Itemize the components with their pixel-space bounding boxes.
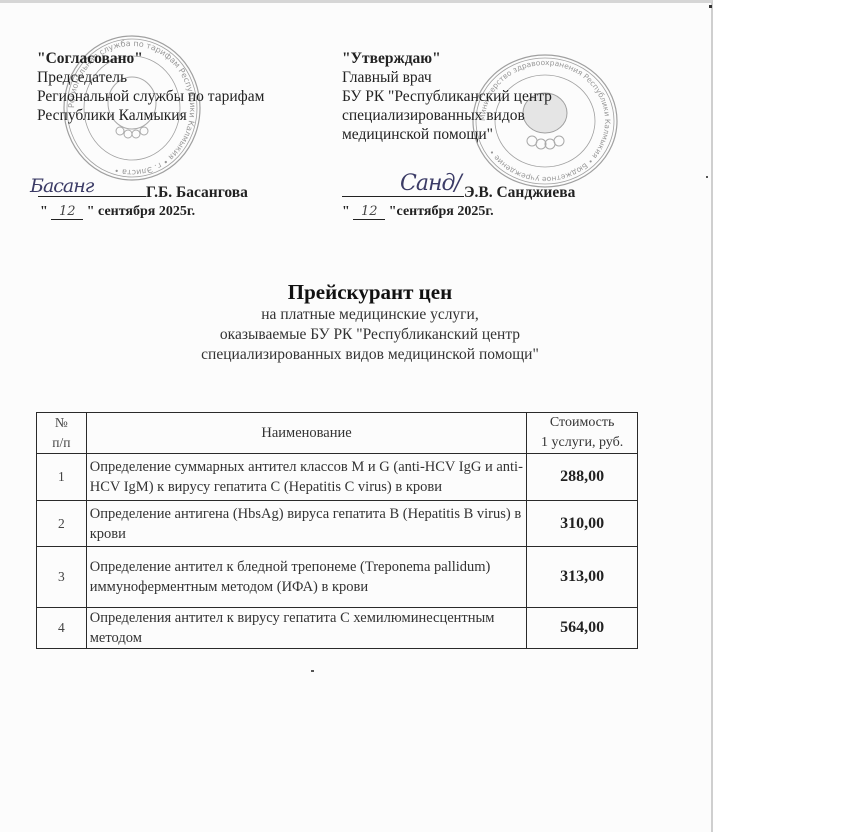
signatory-left-name: Г.Б. Басангова xyxy=(146,184,248,201)
approval-left-line: Председатель xyxy=(37,68,264,87)
approval-right: "Утверждаю" Главный врач БУ РК "Республи… xyxy=(342,49,552,144)
document-subtitle: на платные медицинские услуги, оказываем… xyxy=(120,305,620,365)
row-service-name: Определение антигена (HbsAg) вируса гепа… xyxy=(86,501,527,547)
scan-speck xyxy=(706,176,708,178)
row-number: 4 xyxy=(37,608,87,649)
row-number: 1 xyxy=(37,454,87,501)
approval-right-heading: "Утверждаю" xyxy=(342,49,552,68)
table-header-row: № п/п Наименование Стоимость 1 услуги, р… xyxy=(37,413,638,454)
approval-left: "Согласовано" Председатель Региональной … xyxy=(37,49,264,125)
row-number: 2 xyxy=(37,501,87,547)
approval-left-date: " 12 " сентября 2025г. xyxy=(40,204,195,220)
approval-left-heading: "Согласовано" xyxy=(37,49,264,68)
row-price: 564,00 xyxy=(527,608,638,649)
header-number: № п/п xyxy=(37,413,87,454)
header-name: Наименование xyxy=(86,413,527,454)
approval-right-line: специализированных видов xyxy=(342,106,552,125)
row-price: 288,00 xyxy=(527,454,638,501)
approval-left-line: Республики Калмыкия xyxy=(37,106,264,125)
row-service-name: Определение суммарных антител классов M … xyxy=(86,454,527,501)
table-row: 3 Определение антител к бледной трепонем… xyxy=(37,547,638,608)
table-row: 1 Определение суммарных антител классов … xyxy=(37,454,638,501)
header-price: Стоимость 1 услуги, руб. xyxy=(527,413,638,454)
signatory-left-line: Г.Б. Басангова xyxy=(38,184,248,202)
scan-speck xyxy=(311,670,314,672)
price-table: № п/п Наименование Стоимость 1 услуги, р… xyxy=(36,412,638,649)
approval-right-line: медицинской помощи" xyxy=(342,125,552,144)
row-price: 313,00 xyxy=(527,547,638,608)
table-row: 2 Определение антигена (HbsAg) вируса ге… xyxy=(37,501,638,547)
date-day-left: 12 xyxy=(51,204,83,220)
approval-right-line: БУ РК "Республиканский центр xyxy=(342,87,552,106)
signatory-right-name: Э.В. Санджиева xyxy=(464,184,575,201)
approval-right-line: Главный врач xyxy=(342,68,552,87)
scan-mark xyxy=(709,5,712,8)
document-title: Прейскурант цен xyxy=(180,280,560,305)
row-price: 310,00 xyxy=(527,501,638,547)
signatory-right-line: Э.В. Санджиева xyxy=(342,184,575,202)
approval-right-date: " 12 "сентября 2025г. xyxy=(342,204,494,220)
row-service-name: Определение антител к бледной трепонеме … xyxy=(86,547,527,608)
approval-left-line: Региональной службы по тарифам xyxy=(37,87,264,106)
table-row: 4 Определения антител к вирусу гепатита … xyxy=(37,608,638,649)
date-day-right: 12 xyxy=(353,204,385,220)
row-number: 3 xyxy=(37,547,87,608)
scanned-document-page: Региональная служба по тарифам Республик… xyxy=(0,0,713,832)
row-service-name: Определения антител к вирусу гепатита С … xyxy=(86,608,527,649)
